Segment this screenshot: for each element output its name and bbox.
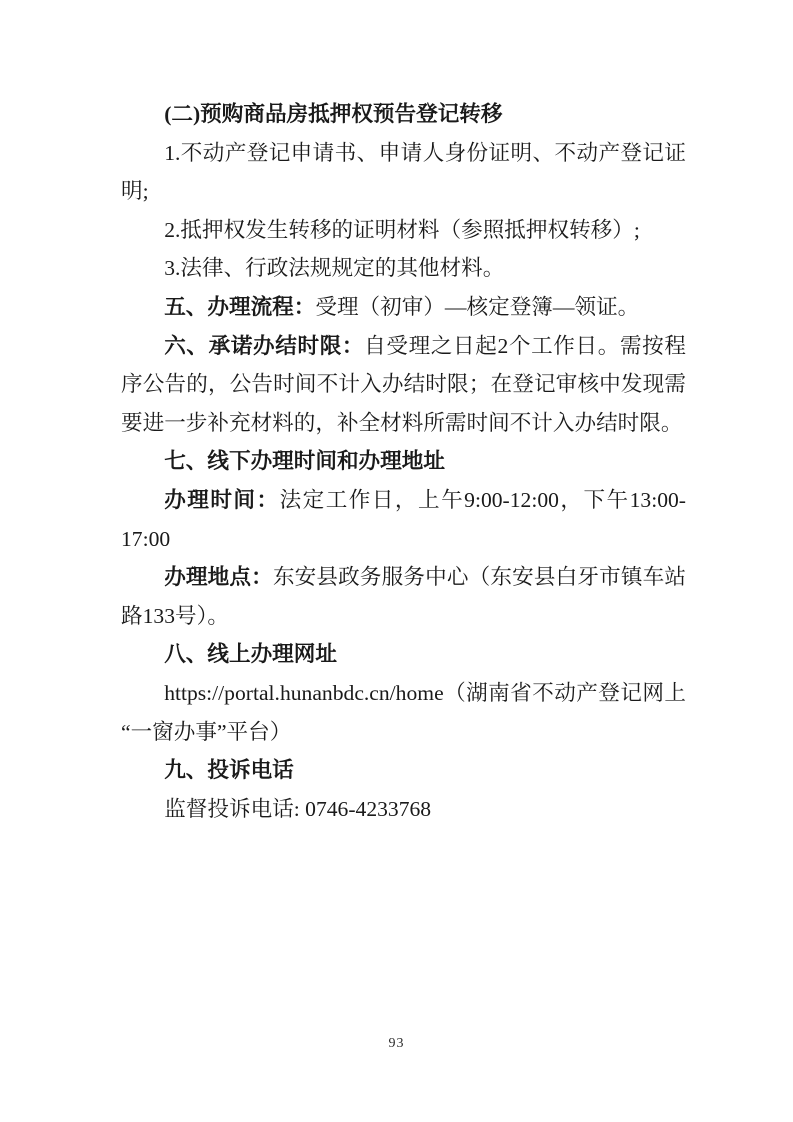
page-number: 93 (0, 1036, 793, 1052)
complaint-section-heading: 九、投诉电话 (121, 751, 686, 790)
office-hours-label: 办理时间： (164, 488, 279, 512)
online-portal-url: https://portal.hunanbdc.cn/home（湖南省不动产登记… (121, 674, 686, 751)
complaint-phone: 监督投诉电话: 0746-4233768 (121, 790, 686, 829)
document-page: { "theme": { "background": "#ffffff", "t… (0, 0, 793, 1122)
time-limit-label: 六、承诺办结时限： (164, 334, 364, 358)
offline-section-heading: 七、线下办理时间和办理地址 (121, 442, 686, 481)
time-limit-paragraph: 六、承诺办结时限：自受理之日起2个工作日。需按程序公告的，公告时间不计入办结时限… (121, 327, 686, 443)
online-section-heading: 八、线上办理网址 (121, 635, 686, 674)
process-flow-paragraph: 五、办理流程：受理（初审）—核定登簿—领证。 (121, 288, 686, 327)
process-flow-label: 五、办理流程： (164, 295, 315, 319)
material-item-3: 3.法律、行政法规规定的其他材料。 (121, 249, 686, 288)
office-location-paragraph: 办理地点：东安县政务服务中心（东安县白牙市镇车站路133号）。 (121, 558, 686, 635)
office-location-label: 办理地点： (164, 565, 273, 589)
document-body: (二)预购商品房抵押权预告登记转移 1.不动产登记申请书、申请人身份证明、不动产… (121, 95, 686, 828)
office-hours-paragraph: 办理时间：法定工作日，上午9:00-12:00，下午13:00-17:00 (121, 481, 686, 558)
process-flow-value: 受理（初审）—核定登簿—领证。 (315, 295, 639, 319)
material-item-1: 1.不动产登记申请书、申请人身份证明、不动产登记证明; (121, 134, 686, 211)
section-heading: (二)预购商品房抵押权预告登记转移 (121, 95, 686, 134)
material-item-2: 2.抵押权发生转移的证明材料（参照抵押权转移）; (121, 211, 686, 250)
